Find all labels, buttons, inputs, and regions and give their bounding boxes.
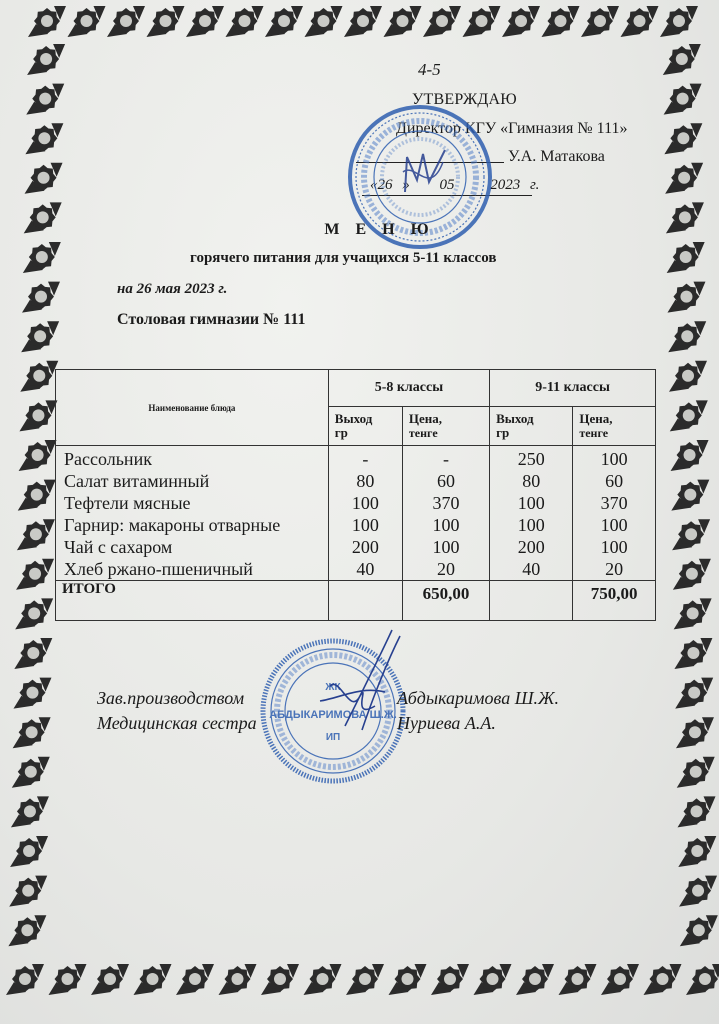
price-header-5-8: Цена,тенге [402, 407, 489, 446]
total-row: ИТОГО 650,00 750,00 [56, 581, 656, 621]
date-suffix: г. [530, 177, 539, 194]
yield-5-8: 40 [328, 558, 402, 581]
date-day: «26 [370, 177, 393, 194]
yield-header-9-11: Выходгр [490, 407, 573, 446]
table-row: Рассольник--250100 [56, 446, 656, 471]
yield-9-11: 100 [490, 492, 573, 514]
price-5-8: - [402, 446, 489, 471]
nurse-name: Нуриева А.А. [397, 713, 496, 734]
menu-items: Рассольник--250100Салат витаминный806080… [56, 446, 656, 581]
date-underline [362, 195, 532, 196]
yield-9-11: 250 [490, 446, 573, 471]
dish-name: Чай с сахаром [56, 536, 329, 558]
dish-name: Салат витаминный [56, 470, 329, 492]
price-5-8: 20 [402, 558, 489, 581]
table-row: Чай с сахаром200100200100 [56, 536, 656, 558]
yield-9-11: 80 [490, 470, 573, 492]
yield-9-11: 200 [490, 536, 573, 558]
nurse-role: Медицинская сестра [97, 713, 257, 734]
director-name: У.А. Матакова [508, 148, 605, 166]
price-5-8: 60 [402, 470, 489, 492]
page-number: 4-5 [418, 60, 441, 80]
price-9-11: 60 [573, 470, 656, 492]
price-9-11: 20 [573, 558, 656, 581]
table-row: Хлеб ржано-пшеничный40204020 [56, 558, 656, 581]
menu-table: Наименование блюда 5-8 классы 9-11 класс… [55, 369, 656, 621]
price-9-11: 100 [573, 514, 656, 536]
group-header-9-11: 9-11 классы [490, 370, 656, 407]
date-month: 05 [440, 177, 455, 194]
date-quote: » [402, 177, 410, 194]
yield-5-8: - [328, 446, 402, 471]
yield-header-5-8: Выходгр [328, 407, 402, 446]
group-header-5-8: 5-8 классы [328, 370, 489, 407]
total-label: ИТОГО [56, 581, 329, 621]
dish-name: Хлеб ржано-пшеничный [56, 558, 329, 581]
price-9-11: 100 [573, 536, 656, 558]
yield-5-8: 100 [328, 492, 402, 514]
yield-5-8: 200 [328, 536, 402, 558]
dish-column-header: Наименование блюда [56, 370, 329, 446]
approval-date: «26 » 05 2023 г. [370, 177, 539, 194]
menu-title: М Е Н Ю [0, 221, 719, 239]
menu-date: на 26 мая 2023 г. [117, 281, 227, 298]
dish-name: Тефтели мясные [56, 492, 329, 514]
yield-9-11: 40 [490, 558, 573, 581]
total-price-9-11: 750,00 [573, 581, 656, 621]
price-9-11: 100 [573, 446, 656, 471]
yield-5-8: 80 [328, 470, 402, 492]
yield-5-8: 100 [328, 514, 402, 536]
table-row: Гарнир: макароны отварные100100100100 [56, 514, 656, 536]
price-9-11: 370 [573, 492, 656, 514]
production-manager-role: Зав.производством [97, 688, 244, 709]
total-empty-9-11 [490, 581, 573, 621]
yield-9-11: 100 [490, 514, 573, 536]
price-5-8: 100 [402, 536, 489, 558]
dish-name: Рассольник [56, 446, 329, 471]
total-empty-5-8 [328, 581, 402, 621]
table-row: Салат витаминный80608060 [56, 470, 656, 492]
approval-heading: УТВЕРЖДАЮ [412, 91, 517, 109]
table-row: Тефтели мясные100370100370 [56, 492, 656, 514]
date-year: 2023 [490, 177, 520, 194]
director-position: Директор КГУ «Гимназия № 111» [396, 120, 627, 138]
total-price-5-8: 650,00 [402, 581, 489, 621]
menu-subtitle: горячего питания для учащихся 5-11 класс… [190, 250, 496, 267]
director-signature-line [356, 148, 504, 163]
production-manager-name: Абдыкаримова Ш.Ж. [397, 688, 559, 709]
price-5-8: 100 [402, 514, 489, 536]
price-5-8: 370 [402, 492, 489, 514]
canteen-name: Столовая гимназии № 111 [117, 311, 305, 329]
price-header-9-11: Цена,тенге [573, 407, 656, 446]
dish-name: Гарнир: макароны отварные [56, 514, 329, 536]
